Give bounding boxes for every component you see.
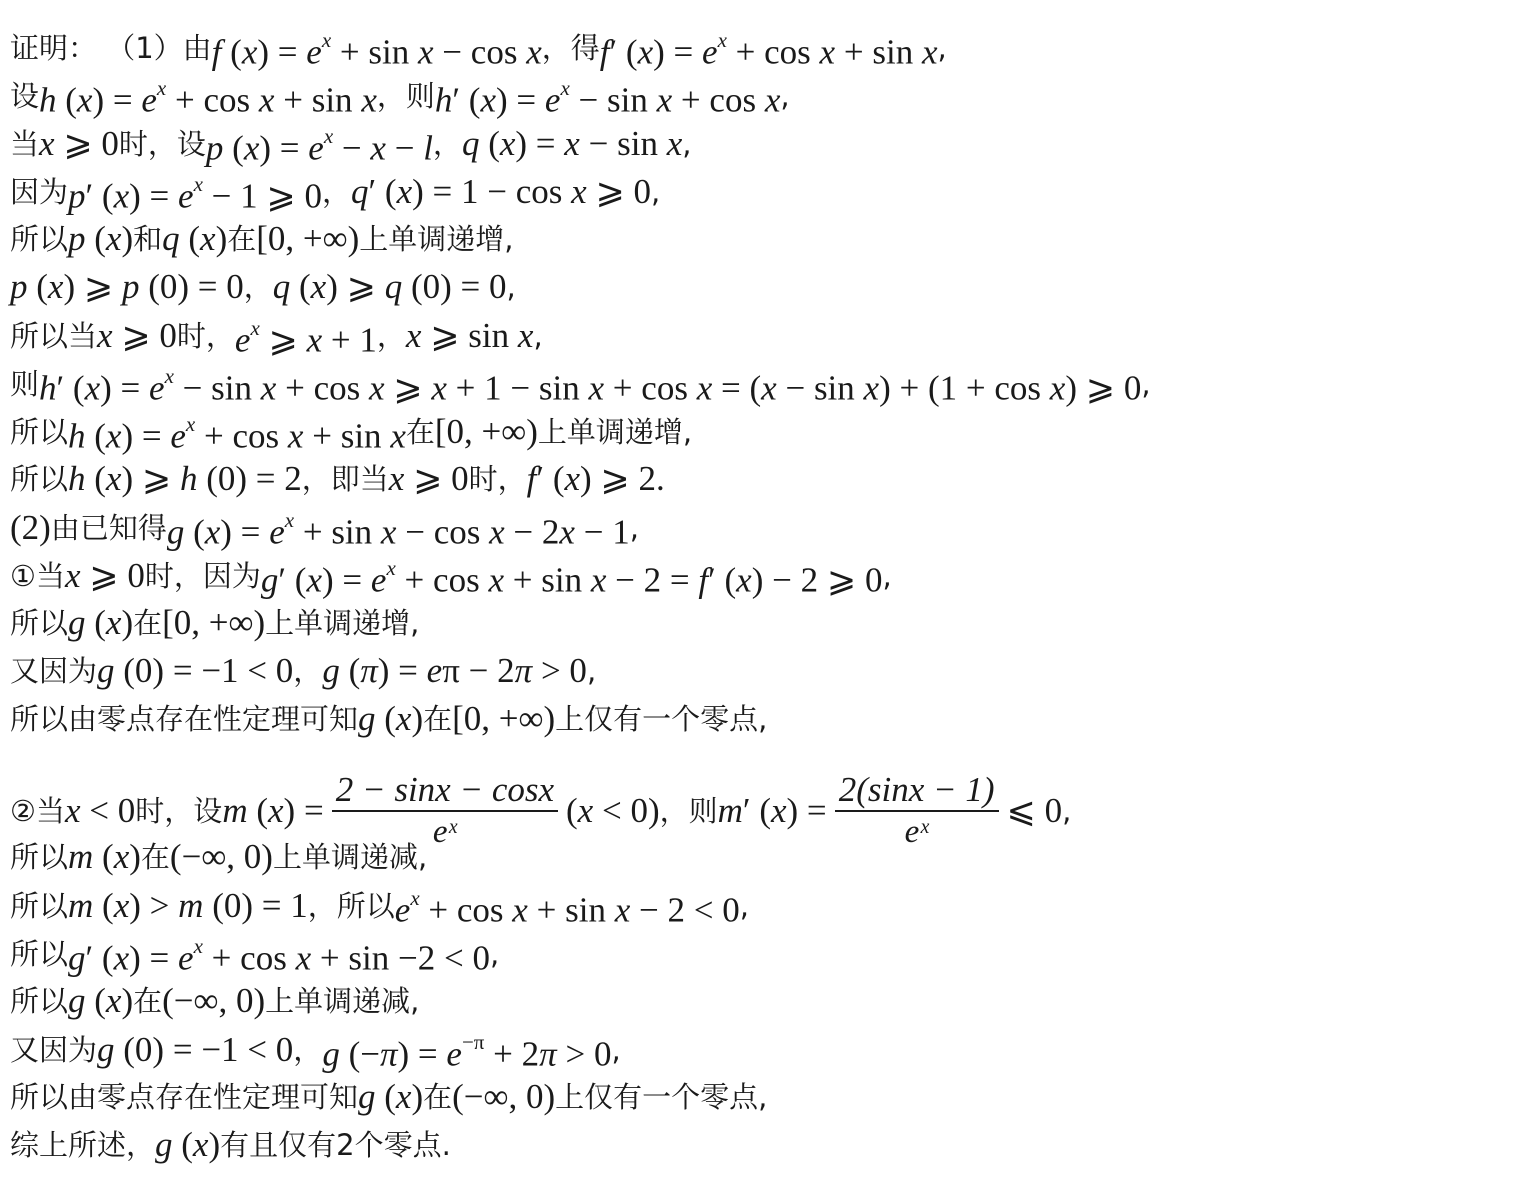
text-segment: ①当 bbox=[10, 556, 65, 596]
math-expression: f′ (x) = ex + cos x + sin x bbox=[600, 24, 938, 73]
text-segment: 上单调递减, bbox=[273, 837, 427, 877]
text-segment: 所以 bbox=[10, 459, 68, 499]
proof-line: 证明： （1）由f (x) = ex + sin x − cos x，得f′ (… bbox=[10, 24, 947, 64]
math-expression: ex + cos x + sin x − 2 < 0 bbox=[395, 882, 740, 931]
fraction-denominator: eˣ bbox=[905, 812, 929, 852]
proof-line: 所以h (x) = ex + cos x + sin x在[0, +∞)上单调递… bbox=[10, 408, 692, 448]
proof-line: 所以当x ⩾ 0时，ex ⩾ x + 1，x ⩾ sin x, bbox=[10, 312, 543, 352]
text-segment: , bbox=[507, 267, 516, 307]
proof-line: 因为p′ (x) = ex − 1 ⩾ 0，q′ (x) = 1 − cos x… bbox=[10, 168, 660, 208]
math-expression: g (x) bbox=[358, 699, 423, 739]
text-segment: , bbox=[740, 886, 749, 926]
math-expression: g (0) = −1 < 0 bbox=[97, 1030, 293, 1070]
text-segment: 所以 bbox=[10, 603, 68, 643]
text-segment: ，所以 bbox=[308, 886, 395, 926]
math-expression: g (x) = ex + sin x − cos x − 2x − 1 bbox=[167, 504, 630, 553]
math-expression: f (x) = ex + sin x − cos x bbox=[212, 24, 542, 73]
text-segment: 上单调递增, bbox=[265, 603, 419, 643]
math-expression: [0, +∞) bbox=[435, 412, 538, 452]
text-segment: 在 bbox=[141, 837, 170, 877]
fraction-denominator: eˣ bbox=[433, 812, 457, 852]
math-expression: x ⩾ 0 bbox=[389, 459, 469, 499]
text-segment: 上仅有一个零点, bbox=[555, 699, 767, 739]
proof-line: 设h (x) = ex + cos x + sin x，则h′ (x) = ex… bbox=[10, 72, 790, 112]
text-segment: 综上所述， bbox=[10, 1125, 155, 1165]
math-expression: (−∞, 0) bbox=[162, 981, 265, 1021]
math-expression: m′ (x) = bbox=[718, 791, 827, 831]
math-expression: p′ (x) = ex − 1 ⩾ 0 bbox=[68, 168, 322, 217]
math-expression: g (x) bbox=[155, 1125, 220, 1165]
text-segment: ， bbox=[293, 651, 322, 691]
text-segment: , bbox=[882, 556, 891, 596]
math-expression: p (x) ⩾ p (0) = 0 bbox=[10, 267, 244, 307]
text-segment: ， bbox=[433, 124, 462, 164]
proof-line: 所以g (x)在(−∞, 0)上单调递减, bbox=[10, 978, 419, 1018]
text-segment: ， bbox=[377, 316, 406, 356]
text-segment: 由已知得 bbox=[51, 508, 167, 548]
math-expression: g (x) bbox=[358, 1077, 423, 1117]
math-expression: g (x) bbox=[68, 981, 133, 1021]
math-expression: h (x) = ex + cos x + sin x bbox=[39, 72, 377, 121]
text-segment: 上单调递增, bbox=[538, 412, 692, 452]
fraction-numerator: 2 − sinx − cosx bbox=[332, 770, 558, 810]
text-segment: 有且仅有2个零点. bbox=[220, 1125, 451, 1165]
text-segment: 上仅有一个零点, bbox=[555, 1077, 767, 1117]
proof-line: 又因为g (0) = −1 < 0，g (−π) = e−π + 2π > 0, bbox=[10, 1026, 621, 1066]
text-segment: 时， bbox=[177, 316, 235, 356]
math-expression: (x < 0) bbox=[566, 791, 660, 831]
proof-line: 所以由零点存在性定理可知g (x)在[0, +∞)上仅有一个零点, bbox=[10, 696, 767, 736]
math-expression: h′ (x) = ex − sin x + cos x ⩾ x + 1 − si… bbox=[39, 360, 1141, 409]
proof-line: ①当x ⩾ 0时，因为g′ (x) = ex + cos x + sin x −… bbox=[10, 552, 892, 592]
proof-line: ②当x < 0时，设m (x) =2 − sinx − cosxeˣ(x < 0… bbox=[10, 770, 1071, 810]
text-segment: 上单调递减, bbox=[265, 981, 419, 1021]
text-segment: 所以 bbox=[10, 837, 68, 877]
text-segment: 所以 bbox=[10, 219, 68, 259]
proof-line: 所以h (x) ⩾ h (0) = 2，即当x ⩾ 0时，f′ (x) ⩾ 2. bbox=[10, 456, 665, 496]
math-expression: ⩽ 0 bbox=[1007, 791, 1063, 831]
text-segment: , bbox=[1062, 791, 1071, 831]
math-expression: (−∞, 0) bbox=[452, 1077, 555, 1117]
math-expression: g (x) bbox=[68, 603, 133, 643]
text-segment: ②当 bbox=[10, 791, 65, 831]
text-segment: 又因为 bbox=[10, 1030, 97, 1070]
proof-line: 当x ⩾ 0时，设p (x) = ex − x − l，q (x) = x − … bbox=[10, 120, 691, 160]
proof-line: p (x) ⩾ p (0) = 0，q (x) ⩾ q (0) = 0, bbox=[10, 264, 516, 304]
proof-line: 所以m (x) > m (0) = 1，所以ex + cos x + sin x… bbox=[10, 882, 749, 922]
math-expression: x ⩾ 0 bbox=[65, 556, 145, 596]
text-segment: ， bbox=[293, 1030, 322, 1070]
text-segment: 在 bbox=[227, 219, 256, 259]
text-segment: 所以 bbox=[10, 412, 68, 452]
text-segment: , bbox=[1141, 364, 1150, 404]
text-segment: , bbox=[630, 508, 639, 548]
text-segment: 所以 bbox=[10, 886, 68, 926]
text-segment: 时，设 bbox=[135, 791, 222, 831]
text-segment: 时， bbox=[469, 459, 527, 499]
text-segment: 在 bbox=[406, 412, 435, 452]
text-segment: 设 bbox=[10, 76, 39, 116]
math-expression: [0, +∞) bbox=[452, 699, 555, 739]
text-segment: 所以 bbox=[10, 934, 68, 974]
math-expression: (2) bbox=[10, 508, 51, 548]
text-segment: 证明： （1）由 bbox=[10, 28, 212, 68]
math-expression: (−∞, 0) bbox=[170, 837, 273, 877]
text-segment: 则 bbox=[10, 364, 39, 404]
text-segment: 所以由零点存在性定理可知 bbox=[10, 699, 358, 739]
text-segment: , bbox=[611, 1030, 620, 1070]
text-segment: ，则 bbox=[660, 791, 718, 831]
text-segment: , bbox=[938, 28, 947, 68]
math-expression: q′ (x) = 1 − cos x ⩾ 0 bbox=[351, 172, 651, 212]
math-expression: h′ (x) = ex − sin x + cos x bbox=[435, 72, 781, 121]
math-expression: g′ (x) = ex + cos x + sin x − 2 = f′ (x)… bbox=[261, 552, 883, 601]
math-expression: g (0) = −1 < 0 bbox=[97, 651, 293, 691]
text-segment: 在 bbox=[423, 699, 452, 739]
math-expression: g′ (x) = ex + cos x + sin −2 < 0 bbox=[68, 930, 490, 979]
math-expression: x ⩾ sin x bbox=[406, 316, 534, 356]
text-segment: 和 bbox=[133, 219, 162, 259]
math-expression: x ⩾ 0 bbox=[39, 124, 119, 164]
text-segment: , bbox=[682, 124, 691, 164]
math-expression: g (π) = eπ − 2π > 0 bbox=[322, 651, 587, 691]
text-segment: 所以当 bbox=[10, 316, 97, 356]
math-expression: x < 0 bbox=[65, 791, 135, 831]
text-segment: ，即当 bbox=[302, 459, 389, 499]
math-expression: m (x) > m (0) = 1 bbox=[68, 886, 308, 926]
text-segment: , bbox=[780, 76, 789, 116]
math-expression: q (x) ⩾ q (0) = 0 bbox=[273, 267, 507, 307]
text-segment: 上单调递增, bbox=[359, 219, 513, 259]
text-segment: 时，因为 bbox=[145, 556, 261, 596]
fraction: 2(sinx − 1)eˣ bbox=[835, 770, 999, 852]
text-segment: ，得 bbox=[542, 28, 600, 68]
text-segment: 又因为 bbox=[10, 651, 97, 691]
math-expression: h (x) ⩾ h (0) = 2 bbox=[68, 459, 302, 499]
text-segment: , bbox=[587, 651, 596, 691]
text-segment: 在 bbox=[133, 981, 162, 1021]
text-segment: , bbox=[490, 934, 499, 974]
text-segment: ，则 bbox=[377, 76, 435, 116]
text-segment: , bbox=[533, 316, 542, 356]
proof-line: 综上所述，g (x)有且仅有2个零点. bbox=[10, 1122, 451, 1162]
text-segment: 因为 bbox=[10, 172, 68, 212]
proof-line: 所以g′ (x) = ex + cos x + sin −2 < 0, bbox=[10, 930, 499, 970]
proof-line: 所以m (x)在(−∞, 0)上单调递减, bbox=[10, 834, 427, 874]
text-segment: 在 bbox=[423, 1077, 452, 1117]
text-segment: , bbox=[651, 172, 660, 212]
proof-line: 所以g (x)在[0, +∞)上单调递增, bbox=[10, 600, 419, 640]
math-expression: q (x) bbox=[162, 219, 227, 259]
proof-line: 所以由零点存在性定理可知g (x)在(−∞, 0)上仅有一个零点, bbox=[10, 1074, 767, 1114]
text-segment: 所以 bbox=[10, 981, 68, 1021]
math-expression: ex ⩾ x + 1 bbox=[235, 312, 377, 361]
math-expression: g (−π) = e−π + 2π > 0 bbox=[322, 1026, 611, 1075]
math-expression: [0, +∞) bbox=[162, 603, 265, 643]
math-expression: [0, +∞) bbox=[256, 219, 359, 259]
fraction-numerator: 2(sinx − 1) bbox=[835, 770, 999, 810]
text-segment: 所以由零点存在性定理可知 bbox=[10, 1077, 358, 1117]
math-expression: h (x) = ex + cos x + sin x bbox=[68, 408, 406, 457]
text-segment: 当 bbox=[10, 124, 39, 164]
text-segment: ， bbox=[244, 267, 273, 307]
math-expression: m (x) = bbox=[222, 791, 323, 831]
math-expression: m (x) bbox=[68, 837, 141, 877]
math-expression: f′ (x) ⩾ 2. bbox=[527, 459, 665, 499]
math-expression: p (x) bbox=[68, 219, 133, 259]
text-segment: 在 bbox=[133, 603, 162, 643]
proof-line: 又因为g (0) = −1 < 0，g (π) = eπ − 2π > 0, bbox=[10, 648, 596, 688]
proof-line: 则h′ (x) = ex − sin x + cos x ⩾ x + 1 − s… bbox=[10, 360, 1151, 400]
text-segment: ， bbox=[322, 172, 351, 212]
math-expression: p (x) = ex − x − l bbox=[206, 120, 433, 169]
proof-line: (2)由已知得g (x) = ex + sin x − cos x − 2x −… bbox=[10, 504, 639, 544]
math-expression: x ⩾ 0 bbox=[97, 316, 177, 356]
math-expression: q (x) = x − sin x bbox=[462, 124, 682, 164]
proof-line: 所以p (x)和q (x)在[0, +∞)上单调递增, bbox=[10, 216, 514, 256]
text-segment: 时，设 bbox=[119, 124, 206, 164]
